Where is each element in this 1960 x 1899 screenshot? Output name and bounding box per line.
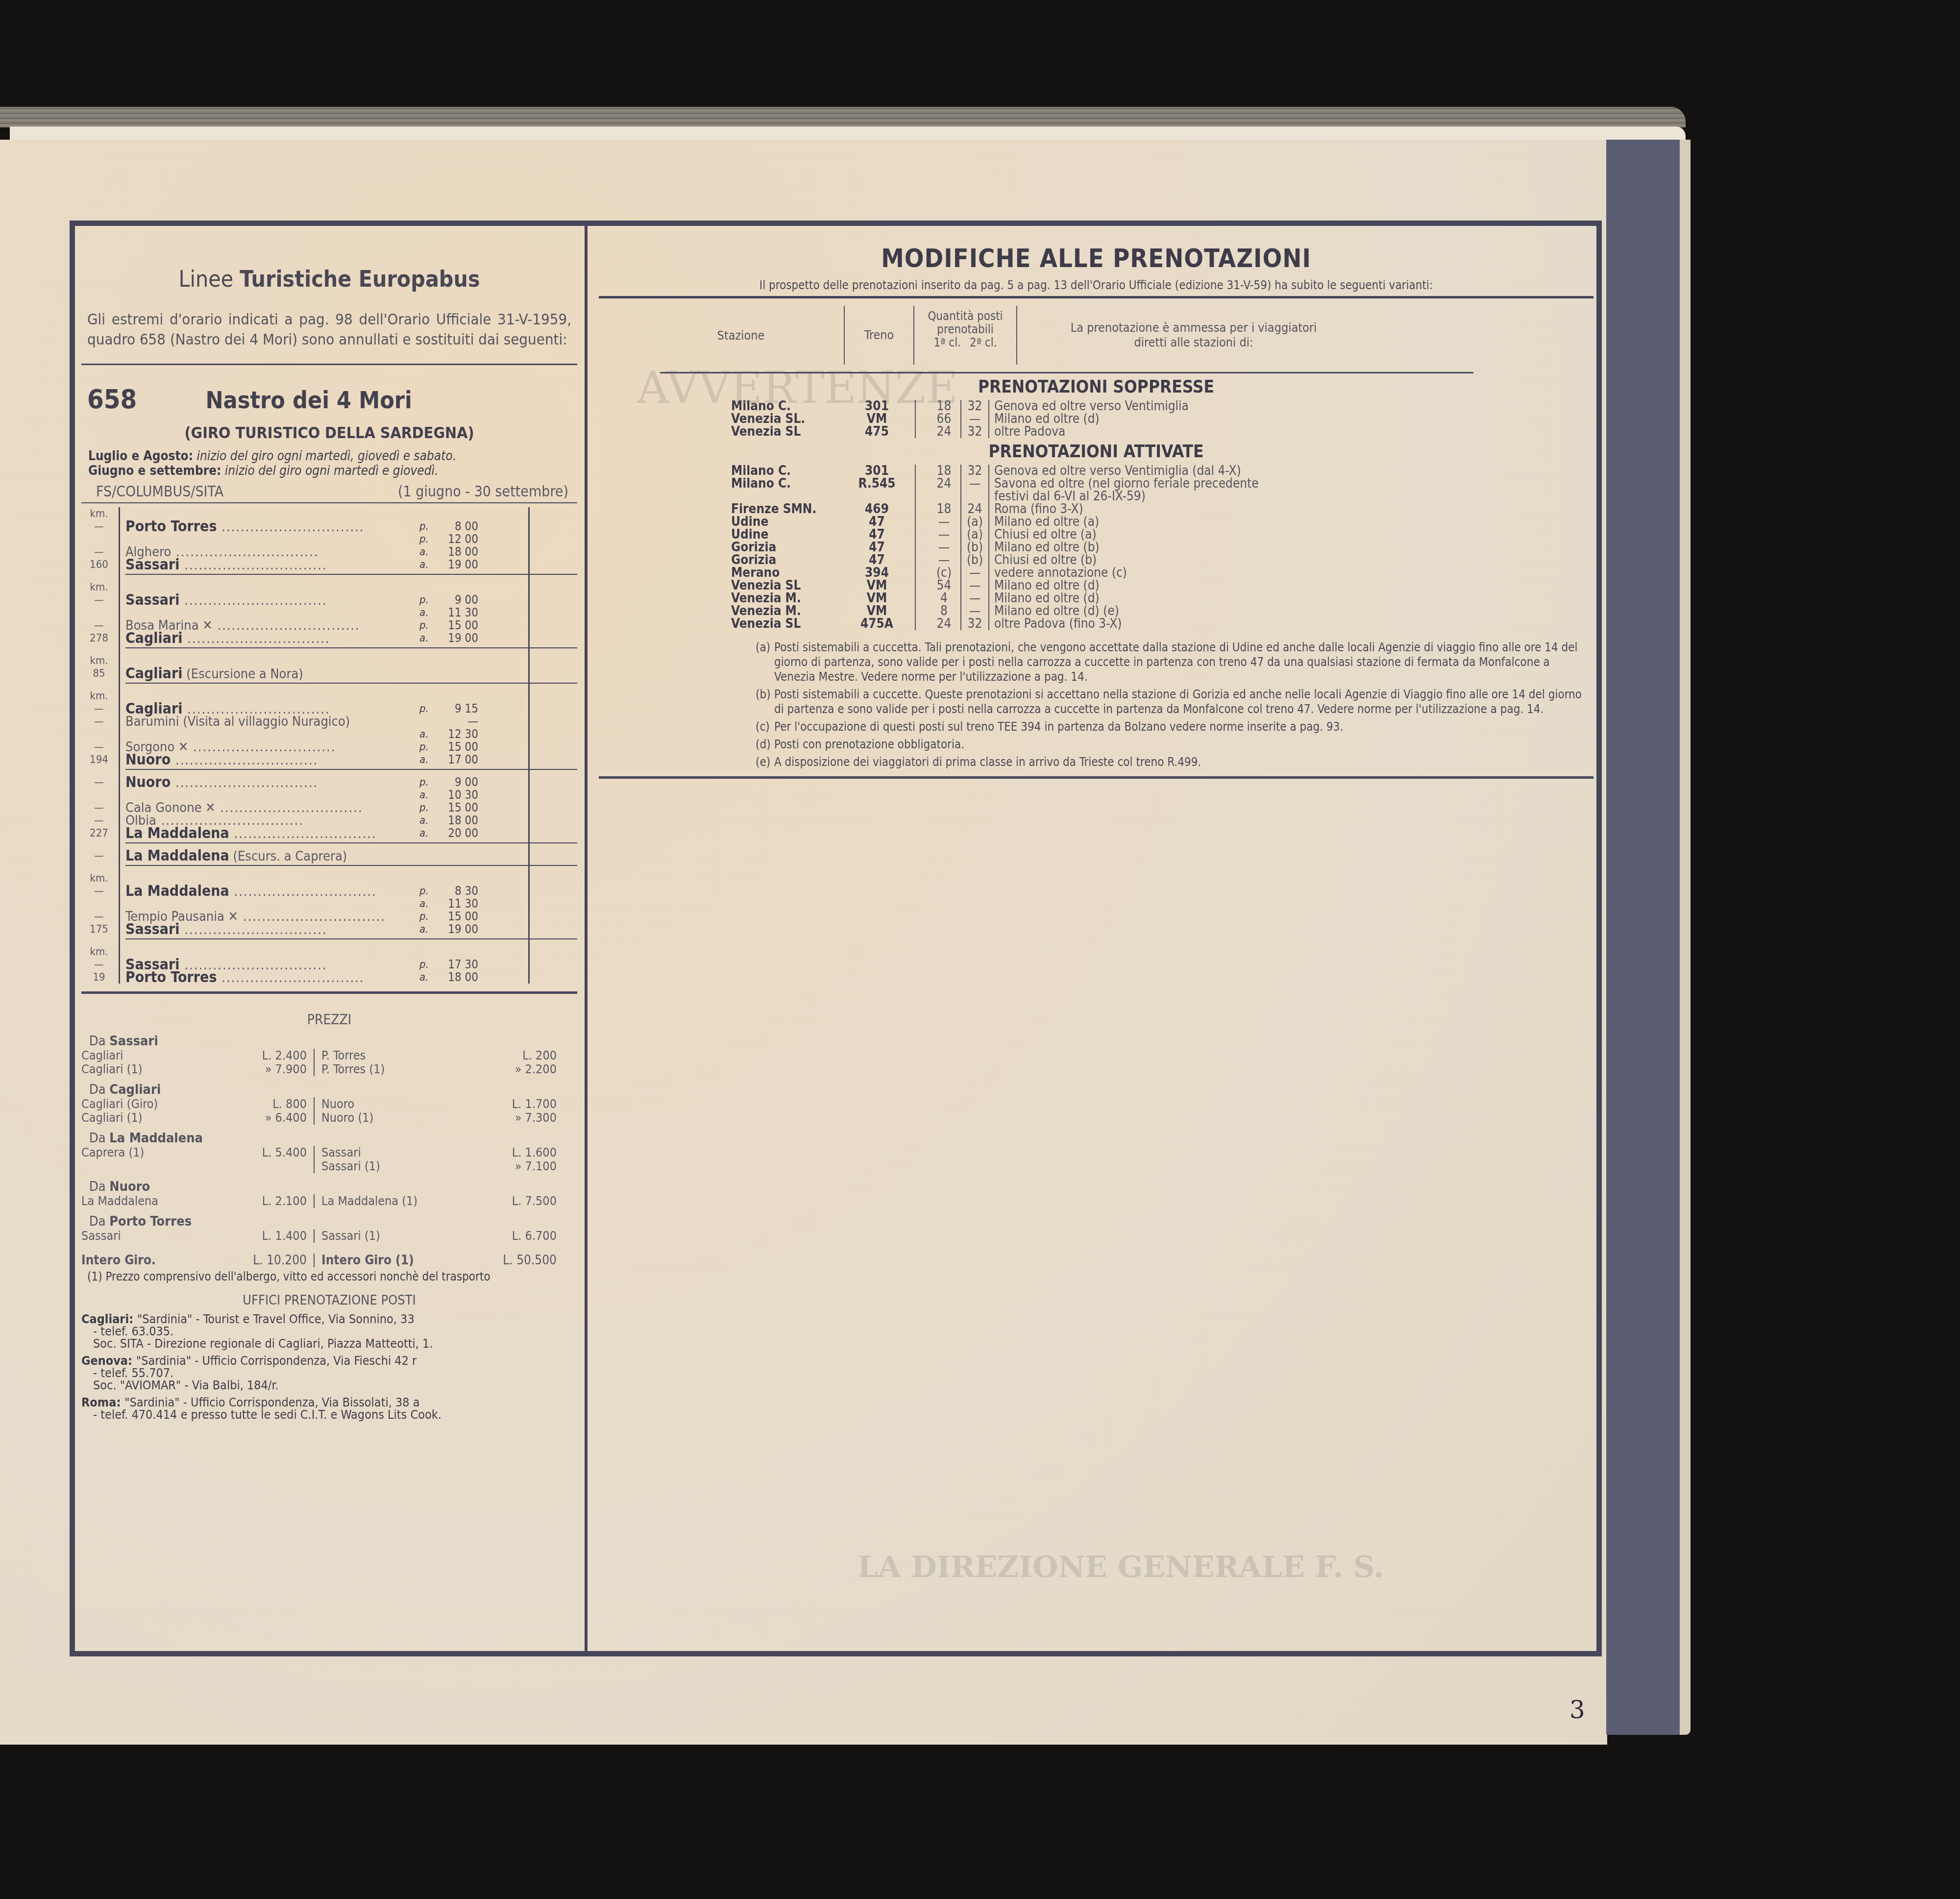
km-cell: km.	[81, 508, 117, 520]
reservation-row: Udine47—(a)Milano ed oltre (a)	[599, 516, 1593, 528]
leader-dots: ..............................	[171, 775, 318, 790]
station-cell: Cagliari (Escursione a Nora)	[117, 665, 419, 682]
time-cell: 11 30	[439, 606, 478, 619]
destination: Nuoro	[321, 1097, 354, 1111]
station: Venezia M.	[599, 605, 849, 617]
timetable-row: —Cagliari ..............................…	[81, 702, 577, 715]
timetable-row: a.12 30	[81, 728, 577, 740]
price-group-title: Da La Maddalena	[81, 1131, 577, 1146]
station-cell: La Maddalena (Escurs. a Caprera)	[117, 847, 419, 864]
footnote: (a)Posti sistemabili a cuccetta. Tali pr…	[756, 640, 1584, 684]
km-cell: 194	[81, 754, 117, 766]
destination: La Maddalena (1)	[321, 1194, 417, 1208]
row-separator	[125, 938, 577, 945]
panel-title: MODIFICHE ALLE PRENOTAZIONI	[599, 244, 1593, 273]
office-entry: Genova: "Sardinia" - Ufficio Corrisponde…	[81, 1355, 577, 1391]
leader-dots: ..............................	[217, 970, 364, 986]
price-group-title: Da Nuoro	[81, 1179, 577, 1194]
reservation-row: Gorizia47—(b)Milano ed oltre (b)	[599, 541, 1593, 554]
km-cell: 85	[81, 667, 117, 680]
price-cell: Cagliari (1)» 7.900	[81, 1062, 315, 1076]
price-cell: Nuoro (1)» 7.300	[315, 1111, 557, 1125]
seats-2nd: 32	[961, 617, 989, 630]
km-cell: —	[81, 594, 117, 606]
reservation-row: Venezia M.VM8—Milano ed oltre (d) (e)	[599, 605, 1593, 617]
quadro-subtitle: (GIRO TURISTICO DELLA SARDEGNA)	[81, 423, 577, 442]
intro-text: Gli estremi d'orario indicati a pag. 98 …	[81, 310, 577, 350]
price-group-title: Da Sassari	[81, 1034, 577, 1049]
time-cell: 18 00	[439, 814, 478, 827]
price-row: SassariL. 1.400Sassari (1)L. 6.700	[81, 1229, 577, 1243]
reservation-row: Udine47—(a)Chiusi ed oltre (a)	[599, 528, 1593, 541]
panel-subtitle: Il prospetto delle prenotazioni inserito…	[599, 278, 1593, 292]
train: 47	[849, 516, 916, 528]
table-header: Stazione Treno Quantità posti prenotabil…	[599, 298, 1593, 372]
arr-dep-mark: a.	[419, 728, 439, 740]
km-cell: —	[81, 802, 117, 814]
price: L. 7.500	[512, 1194, 557, 1208]
station: Milano C.	[599, 465, 849, 477]
train: VM	[849, 592, 916, 605]
arr-dep-mark: a.	[419, 632, 439, 644]
intero-giro-row: Intero Giro.L. 10.200 Intero Giro (1)L. …	[81, 1254, 577, 1267]
footnote-key: (c)	[756, 719, 774, 734]
reservations-panel: MODIFICHE ALLE PRENOTAZIONI Il prospetto…	[599, 230, 1593, 779]
arr-dep-mark: a.	[419, 827, 439, 839]
km-cell: km.	[81, 581, 117, 593]
attivate-rows: Milano C.3011832Genova ed oltre verso Ve…	[599, 465, 1593, 630]
destination: La Maddalena	[81, 1194, 158, 1208]
leader-dots: ..............................	[171, 753, 318, 768]
seats-2nd: (b)	[961, 541, 989, 554]
price-cell: La MaddalenaL. 2.100	[81, 1194, 315, 1208]
timetable-row: 19Porto Torres .........................…	[81, 971, 577, 984]
footnote-key: (a)	[756, 640, 774, 684]
footnotes: (a)Posti sistemabili a cuccetta. Tali pr…	[599, 640, 1593, 769]
arr-dep-mark: p.	[419, 520, 439, 533]
reservation-row: Venezia SL4752432oltre Padova	[599, 425, 1593, 438]
time-cell: 9 00	[439, 775, 478, 789]
arr-dep-mark: a.	[419, 789, 439, 801]
footnote: (b)Posti sistemabili a cuccette. Queste …	[756, 687, 1584, 716]
label: Da	[89, 1179, 109, 1194]
office-line: Soc. SITA - Direzione regionale di Cagli…	[81, 1337, 577, 1350]
time-cell: 12 30	[439, 727, 478, 741]
destination: Nuoro (1)	[321, 1111, 373, 1125]
destination: Cagliari (1)	[81, 1062, 143, 1076]
timetable: km.—Porto Torres .......................…	[81, 507, 577, 984]
destinations: Genova ed oltre verso Ventimiglia	[989, 400, 1376, 413]
station-cell: Sassari ..............................	[117, 921, 419, 938]
seats-1st: —	[931, 541, 961, 554]
price: L. 800	[272, 1097, 307, 1111]
km-cell: —	[81, 520, 117, 533]
seats-1st: 8	[931, 605, 961, 617]
km-cell: —	[81, 619, 117, 632]
station: Milano C.	[599, 477, 849, 490]
km-cell: 19	[81, 971, 117, 984]
station: Venezia SL	[599, 617, 849, 630]
station-name: Barumini (Visita al villaggio Nuragico)	[125, 714, 350, 729]
train: 394	[849, 567, 916, 579]
price-cell: CagliariL. 2.400	[81, 1049, 315, 1062]
destination: Cagliari (1)	[81, 1111, 143, 1125]
leader-dots: ..............................	[229, 826, 377, 841]
destinations: oltre Padova (fino 3-X)	[989, 617, 1376, 630]
station-bold: Porto Torres	[125, 969, 217, 986]
label: Da	[89, 1214, 109, 1229]
station-cell: La Maddalena ...........................…	[117, 883, 419, 900]
seats-1st: 24	[931, 425, 961, 438]
arr-dep-mark: a.	[419, 546, 439, 558]
price-row: Cagliari (1)» 6.400Nuoro (1)» 7.300	[81, 1111, 577, 1125]
seats-2nd: —	[961, 477, 989, 490]
station-cell: Nuoro ..............................	[117, 751, 419, 768]
train: VM	[849, 413, 916, 425]
km-cell: —	[81, 715, 117, 728]
reservation-row: Merano394(c)—vedere annotazione (c)	[599, 567, 1593, 579]
station-name: (Escurs. a Caprera)	[229, 849, 347, 864]
seats-2nd: 32	[961, 425, 989, 438]
destinations: Chiusi ed oltre (b)	[989, 554, 1376, 567]
destinations: Chiusi ed oltre (a)	[989, 528, 1376, 541]
destination: Caprera (1)	[81, 1146, 144, 1159]
destinations: Milano ed oltre (d)	[989, 592, 1376, 605]
time-cell: 9 00	[439, 593, 478, 607]
destinations: Roma (fino 3-X)	[989, 503, 1376, 516]
price: » 2.200	[515, 1062, 557, 1076]
time-cell: 18 00	[439, 970, 478, 984]
footnote-key: (e)	[756, 755, 774, 769]
station-bold: La Maddalena	[125, 883, 229, 900]
arr-dep-mark: p.	[419, 533, 439, 545]
leader-dots: ..............................	[180, 558, 327, 573]
label: Da	[89, 1131, 109, 1146]
destinations: Savona ed oltre (nel giorno feriale prec…	[989, 477, 1376, 490]
footnote-key: (b)	[756, 687, 774, 716]
station: Udine	[599, 516, 849, 528]
from-city: Cagliari	[109, 1082, 161, 1097]
station-name: (Escursione a Nora)	[183, 666, 303, 682]
station-bold: Cagliari	[125, 665, 183, 682]
station-cell: Porto Torres ...........................…	[117, 969, 419, 986]
destination: P. Torres (1)	[321, 1062, 385, 1076]
footnote: (c)Per l'occupazione di questi posti sul…	[756, 719, 1584, 734]
km-cell: km.	[81, 946, 117, 958]
divider	[660, 372, 1473, 373]
seats-2nd: —	[961, 579, 989, 592]
row-separator	[125, 647, 577, 654]
cover-strip	[1606, 140, 1680, 1735]
station-cell: La Maddalena ...........................…	[117, 825, 419, 842]
price: L. 2.100	[262, 1194, 307, 1208]
train: VM	[849, 579, 916, 592]
arr-dep-mark: p.	[419, 885, 439, 897]
col-treno: Treno	[844, 306, 914, 365]
offices-list: Cagliari: "Sardinia" - Tourist e Travel …	[81, 1313, 577, 1421]
time-cell: 19 00	[439, 922, 478, 936]
reservation-row: Venezia SL.VM66—Milano ed oltre (d)	[599, 413, 1593, 425]
time-cell: —	[439, 715, 478, 728]
reservation-row: Firenze SMN.4691824Roma (fino 3-X)	[599, 503, 1593, 516]
station-cell: Sassari ..............................	[117, 556, 419, 573]
page-edge	[1680, 140, 1690, 1735]
reservation-row: Venezia SLVM54—Milano ed oltre (d)	[599, 579, 1593, 592]
km-cell: 160	[81, 559, 117, 571]
station-cell: Cagliari ..............................	[117, 630, 419, 647]
train: 475	[849, 425, 916, 438]
footnote-text: Per l'occupazione di questi posti sul tr…	[774, 719, 1343, 734]
col-destinazioni: La prenotazione è ammessa per i viaggiat…	[1017, 321, 1331, 350]
destinations: oltre Padova	[989, 425, 1376, 438]
offices-title: UFFICI PRENOTAZIONE POSTI	[81, 1293, 577, 1308]
km-cell: —	[81, 776, 117, 789]
destinations: Milano ed oltre (d)	[989, 579, 1376, 592]
office-text: "Sardinia" - Tourist e Travel Office, Vi…	[137, 1312, 415, 1326]
arr-dep-mark: p.	[419, 703, 439, 715]
reservation-row: Milano C.3011832Genova ed oltre verso Ve…	[599, 465, 1593, 477]
km-cell: —	[81, 959, 117, 971]
seats-1st: (c)	[931, 567, 961, 579]
destination: P. Torres	[321, 1049, 366, 1062]
arr-dep-mark: a.	[419, 559, 439, 571]
col-stazione: Stazione	[599, 328, 844, 343]
km-cell: 227	[81, 827, 117, 839]
destinations: Milano ed oltre (b)	[989, 541, 1376, 554]
price: L. 1.700	[512, 1097, 557, 1111]
office-line: Soc. "AVIOMAR" - Via Balbi, 184/r.	[81, 1379, 577, 1391]
destination: Cagliari (Giro)	[81, 1097, 158, 1111]
row-separator	[125, 574, 577, 581]
price-cell: Sassari (1)L. 6.700	[315, 1229, 557, 1243]
price-cell: SassariL. 1.400	[81, 1229, 315, 1243]
price-row: Sassari (1)» 7.100	[81, 1159, 577, 1173]
seats-1st: 18	[931, 503, 961, 516]
footnote: (e)A disposizione dei viaggiatori di pri…	[756, 755, 1584, 769]
from-city: Porto Torres	[109, 1214, 192, 1229]
station: Udine	[599, 528, 849, 541]
train: 47	[849, 554, 916, 567]
reservation-row: Venezia SL475A2432oltre Padova (fino 3-X…	[599, 617, 1593, 630]
timetable-row: —Nuoro ..............................p.9…	[81, 776, 577, 789]
seats-2nd: —	[961, 592, 989, 605]
price: » 7.900	[265, 1062, 307, 1076]
arr-dep-mark: a.	[419, 971, 439, 984]
seats-2nd: 32	[961, 400, 989, 413]
km-cell: 175	[81, 923, 117, 936]
time-rule	[528, 507, 530, 984]
quadro-number: 658	[87, 384, 137, 415]
km-cell: km.	[81, 655, 117, 667]
station	[599, 490, 849, 503]
km-cell: —	[81, 703, 117, 715]
price: » 7.300	[515, 1111, 557, 1125]
price-row: Cagliari (1)» 7.900P. Torres (1)» 2.200	[81, 1062, 577, 1076]
section-attivate: PRENOTAZIONI ATTIVATE	[599, 442, 1593, 462]
time-cell: 15 00	[439, 910, 478, 923]
time-cell: 19 00	[439, 631, 478, 645]
train: 469	[849, 503, 916, 516]
train: 301	[849, 465, 916, 477]
operator: FS/COLUMBUS/SITA	[96, 483, 223, 500]
time-cell: 18 00	[439, 545, 478, 559]
arr-dep-mark: p.	[419, 776, 439, 789]
station-cell: Sassari ..............................	[117, 592, 419, 609]
reservation-row: Milano C.R.54524—Savona ed oltre (nel gi…	[599, 477, 1593, 490]
train: 301	[849, 400, 916, 413]
station: Milano C.	[599, 400, 849, 413]
station-bold: Nuoro	[125, 751, 171, 768]
divider	[81, 364, 577, 365]
seats-1st: —	[931, 516, 961, 528]
station: Gorizia	[599, 554, 849, 567]
arr-dep-mark: p.	[419, 911, 439, 923]
arr-dep-mark: p.	[419, 619, 439, 632]
arr-dep-mark: a.	[419, 754, 439, 766]
col-quantita: Quantità posti prenotabili 1ª cl.2ª cl.	[914, 306, 1017, 365]
time-cell: 9 15	[439, 702, 478, 715]
row-separator	[125, 683, 577, 690]
train	[849, 490, 916, 503]
train: 47	[849, 528, 916, 541]
timetable-row: 85Cagliari (Escursione a Nora)	[81, 667, 577, 680]
station-bold: La Maddalena	[125, 825, 229, 842]
station-bold: La Maddalena	[125, 847, 229, 864]
station: Merano	[599, 567, 849, 579]
price-group-title: Da Porto Torres	[81, 1214, 577, 1229]
time-cell: 15 00	[439, 801, 478, 814]
seats-1st: 66	[931, 413, 961, 425]
seats-2nd: 24	[961, 503, 989, 516]
from-city: Sassari	[109, 1034, 158, 1049]
price: » 7.100	[515, 1159, 557, 1173]
office-line: - telef. 470.414 e presso tutte le sedi …	[81, 1408, 577, 1421]
page-number: 3	[1569, 1696, 1585, 1724]
destinations: Milano ed oltre (a)	[989, 516, 1376, 528]
destination: Sassari (1)	[321, 1229, 380, 1243]
panel-title: Linee Turistiche Europabus	[81, 266, 577, 292]
price-cell: P. Torres (1)» 2.200	[315, 1062, 557, 1076]
timetable-row: —Sassari ..............................p…	[81, 593, 577, 606]
leader-dots: ..............................	[217, 519, 364, 535]
operator-line: FS/COLUMBUS/SITA (1 giugno - 30 settembr…	[81, 483, 577, 500]
office-entry: Cagliari: "Sardinia" - Tourist e Travel …	[81, 1313, 577, 1350]
divider	[81, 991, 577, 994]
office-line: - telef. 63.035.	[81, 1325, 577, 1337]
reservation-row: Venezia M.VM4—Milano ed oltre (d)	[599, 592, 1593, 605]
station-bold: Sassari	[125, 592, 180, 609]
seats-2nd: (a)	[961, 516, 989, 528]
price: L. 5.400	[262, 1146, 307, 1159]
destinations: Milano ed oltre (d) (e)	[989, 605, 1376, 617]
km-cell: —	[81, 741, 117, 753]
seats-1st: —	[931, 528, 961, 541]
leader-dots: ..............................	[229, 884, 377, 899]
price-cell: Caprera (1)L. 5.400	[81, 1146, 315, 1159]
timetable-row: 175Sassari .............................…	[81, 923, 577, 936]
prices-title: PREZZI	[81, 1011, 577, 1028]
arr-dep-mark: a.	[419, 923, 439, 936]
price: L. 200	[522, 1049, 557, 1062]
km-rule	[119, 507, 120, 984]
km-cell: km.	[81, 690, 117, 702]
timetable-row: 160Sassari .............................…	[81, 558, 577, 571]
time-cell: 8 30	[439, 884, 478, 898]
time-cell: 19 00	[439, 558, 478, 571]
km-cell: km.	[81, 872, 117, 885]
price-cell: NuoroL. 1.700	[315, 1097, 557, 1111]
period: (1 giugno - 30 settembre)	[398, 483, 568, 500]
row-separator	[125, 865, 577, 872]
leader-dots: ..............................	[180, 922, 327, 937]
seats-2nd: (b)	[961, 554, 989, 567]
price-cell	[81, 1159, 315, 1173]
price-cell: Sassari (1)» 7.100	[315, 1159, 557, 1173]
time-cell: 15 00	[439, 740, 478, 754]
station-cell: Barumini (Visita al villaggio Nuragico)	[117, 714, 419, 729]
timetable-row: —Barumini (Visita al villaggio Nuragico)…	[81, 715, 577, 728]
europabus-panel: Linee Turistiche Europabus Gli estremi d…	[81, 230, 577, 1421]
book-page-white-edge	[10, 126, 1686, 140]
office-entry: Roma: "Sardinia" - Ufficio Corrispondenz…	[81, 1396, 577, 1421]
quadro-header: 658 Nastro dei 4 Mori	[81, 384, 577, 415]
reservation-row: Milano C.3011832Genova ed oltre verso Ve…	[599, 400, 1593, 413]
seats-2nd: 32	[961, 465, 989, 477]
arr-dep-mark: p.	[419, 741, 439, 753]
price-cell: La Maddalena (1)L. 7.500	[315, 1194, 557, 1208]
quadro-name: Nastro dei 4 Mori	[205, 387, 412, 414]
train: R.545	[849, 477, 916, 490]
km-cell: —	[81, 911, 117, 923]
office-line: Genova: "Sardinia" - Ufficio Corrisponde…	[81, 1355, 577, 1367]
price: L. 2.400	[262, 1049, 307, 1062]
reservation-row: festivi dal 6-VI al 26-IX-59)	[599, 490, 1593, 503]
price-row: Caprera (1)L. 5.400SassariL. 1.600	[81, 1146, 577, 1159]
soppresse-rows: Milano C.3011832Genova ed oltre verso Ve…	[599, 400, 1593, 438]
timetable-row: —La Maddalena ..........................…	[81, 885, 577, 897]
station: Venezia SL	[599, 579, 849, 592]
station-bold: Sassari	[125, 921, 180, 938]
price-row: CagliariL. 2.400P. TorresL. 200	[81, 1049, 577, 1062]
destinations: festivi dal 6-VI al 26-IX-59)	[989, 490, 1376, 503]
book-page-edges	[0, 107, 1686, 127]
seats-2nd	[961, 490, 989, 503]
arr-dep-mark: a.	[419, 898, 439, 910]
price-cell: P. TorresL. 200	[315, 1049, 557, 1062]
tour-days: Luglio e Agosto: inizio del giro ogni ma…	[81, 449, 577, 478]
prices-footnote: (1) Prezzo comprensivo dell'albergo, vit…	[81, 1270, 577, 1283]
reservation-row: Gorizia47—(b)Chiusi ed oltre (b)	[599, 554, 1593, 567]
timetable-row: 194Nuoro ..............................a…	[81, 753, 577, 766]
timetable-row: 227La Maddalena ........................…	[81, 827, 577, 839]
destination: Cagliari	[81, 1049, 123, 1062]
km-cell: —	[81, 850, 117, 862]
divider	[599, 776, 1593, 779]
km-cell: —	[81, 814, 117, 827]
price-cell: Cagliari (1)» 6.400	[81, 1111, 315, 1125]
timetable-row: 278Cagliari ............................…	[81, 632, 577, 644]
km-cell: 278	[81, 632, 117, 644]
destinations: Genova ed oltre verso Ventimiglia (dal 4…	[989, 465, 1376, 477]
time-cell: 17 30	[439, 958, 478, 971]
destination: Sassari (1)	[321, 1159, 380, 1173]
time-cell: 20 00	[439, 826, 478, 840]
divider	[81, 502, 577, 503]
station-bold: Sassari	[125, 556, 180, 573]
price-cell: SassariL. 1.600	[315, 1146, 557, 1159]
footnote: (d)Posti con prenotazione obbligatoria.	[756, 737, 1584, 752]
time-cell: 8 00	[439, 519, 478, 533]
